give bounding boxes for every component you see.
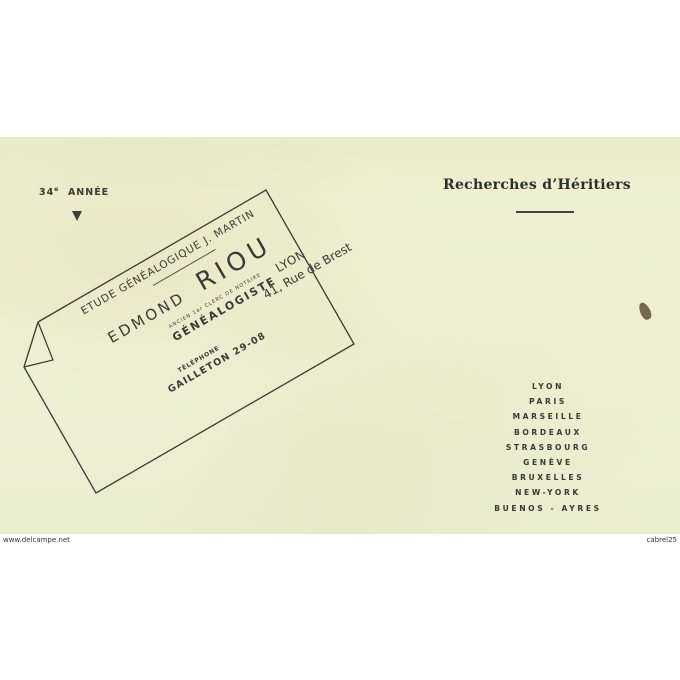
watermark-site-link[interactable]: www.delcampe.net [3,536,70,544]
watermark-seller: cabrel25 [647,536,677,544]
stamp-address: 41, Rue de Brest [261,240,354,302]
